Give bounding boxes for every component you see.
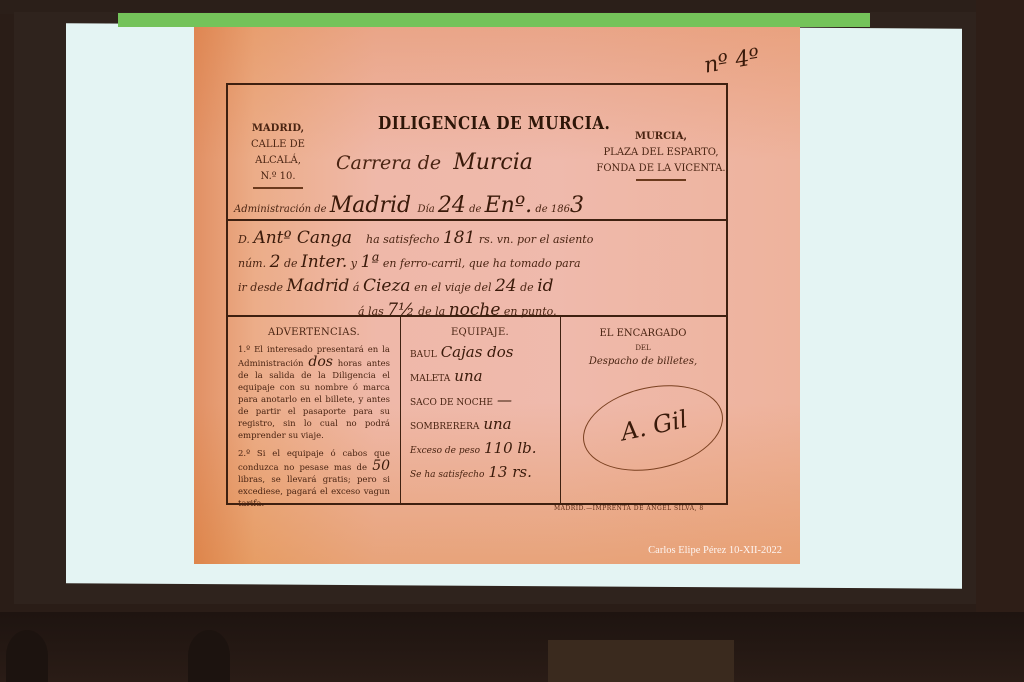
d-label: D. <box>238 233 250 246</box>
passenger-line-2: núm. 2 de Inter. y 1ª en ferro-carril, q… <box>238 251 718 275</box>
madrid-city: MADRID, <box>228 121 328 137</box>
equipaje-row: SACO DE NOCHE— <box>410 390 560 410</box>
encargado-column: EL ENCARGADO DEL Despacho de billetes, A… <box>560 317 726 503</box>
equipaje-value: — <box>497 391 512 409</box>
equipaje-row: SOMBRERERAuna <box>410 414 560 434</box>
document-number: nº 4º <box>702 44 761 78</box>
amount-suffix: rs. vn. por el asiento <box>479 233 594 246</box>
equipaje-value: 13 rs. <box>488 463 532 481</box>
advertencias-heading: ADVERTENCIAS. <box>228 327 400 338</box>
murcia-inn: FONDA DE LA VICENTA. <box>596 161 726 177</box>
passenger-section: D. Antº Canga ha satisfecho 181 rs. vn. … <box>238 227 718 323</box>
y-label: y <box>351 257 357 270</box>
encargado-line-3: Despacho de billetes, <box>560 355 726 369</box>
slide-credit: Carlos Elipe Pérez 10-XII-2022 <box>648 545 782 556</box>
passenger-line-3: ir desde Madrid á Cieza en el viaje del … <box>238 275 718 299</box>
trip-label: en el viaje del <box>414 281 491 294</box>
madrid-office-header: MADRID, CALLE DE ALCALÁ, N.º 10. <box>228 121 328 189</box>
route-line: Carrera de Murcia <box>336 150 533 175</box>
equipaje-row: Se ha satisfecho13 rs. <box>410 462 560 482</box>
equipaje-heading: EQUIPAJE. <box>400 327 560 338</box>
route-label: Carrera de <box>336 152 441 174</box>
equipaje-label: BAUL <box>410 350 437 360</box>
admin-place: Madrid <box>330 193 411 218</box>
advertencia-2: 2.º Si el equipaje ó cabos que conduzca … <box>238 448 390 510</box>
slide-accent-bar <box>118 13 870 27</box>
equipaje-row: BAULCajas dos <box>410 342 560 362</box>
murcia-office-header: MURCIA, PLAZA DEL ESPARTO, FONDA DE LA V… <box>596 129 726 181</box>
baluster-shape <box>6 630 48 682</box>
route-value: Murcia <box>453 150 533 175</box>
signature-flourish: A. Gil <box>575 373 731 483</box>
signature: A. Gil <box>618 405 689 446</box>
equipaje-label: SOMBRERERA <box>410 422 479 432</box>
equipaje-label: Exceso de peso <box>410 446 480 456</box>
equipaje-label: Se ha satisfecho <box>410 470 484 480</box>
amount-paid: 181 <box>443 228 475 248</box>
room-wall-right <box>976 0 1024 682</box>
equipaje-label: MALETA <box>410 374 450 384</box>
document-title: DILIGENCIA DE MURCIA. <box>378 113 610 134</box>
ticket-document: nº 4º MADRID, CALLE DE ALCALÁ, N.º 10. D… <box>194 27 800 564</box>
seat-class: Inter. <box>301 252 347 272</box>
destination: Cieza <box>363 276 411 296</box>
year-prefix: de 186 <box>535 204 570 215</box>
paid-label: ha satisfecho <box>366 233 439 246</box>
ticket-frame: MADRID, CALLE DE ALCALÁ, N.º 10. DILIGEN… <box>226 83 728 505</box>
murcia-square: PLAZA DEL ESPARTO, <box>596 145 726 161</box>
printer-imprint: MADRID.—IMPRENTA DE ANGEL SILVA, 8 <box>554 505 704 512</box>
advertencia-2-hand: 50 <box>372 458 390 474</box>
passenger-line-1: D. Antº Canga ha satisfecho 181 rs. vn. … <box>238 227 718 251</box>
equipaje-label: SACO DE NOCHE <box>410 398 493 408</box>
equipaje-value: una <box>483 415 511 433</box>
de-label: de <box>469 204 481 215</box>
trip-month: id <box>537 276 553 296</box>
admin-day: 24 <box>438 193 466 218</box>
train-text: en ferro-carril, que ha tomado para <box>383 257 581 270</box>
madrid-street: CALLE DE ALCALÁ, <box>228 137 328 169</box>
room-floor <box>0 612 1024 682</box>
encargado-line-1: EL ENCARGADO <box>560 327 726 341</box>
day-label: Día <box>418 204 435 215</box>
train-class: 1ª <box>360 252 379 272</box>
ticket-columns: ADVERTENCIAS. 1.º El interesado presenta… <box>228 317 726 503</box>
murcia-city: MURCIA, <box>596 129 726 145</box>
advertencia-2-b: libras, se llevará gratis; pero si exced… <box>238 475 390 509</box>
year-suffix: 3 <box>570 193 584 218</box>
from-label: ir desde <box>238 281 283 294</box>
equipaje-value: una <box>454 367 482 385</box>
administration-line: Administración de Madrid Día 24 de Enº. … <box>234 193 724 218</box>
to-label: á <box>353 281 360 294</box>
admin-month: Enº. <box>485 193 533 218</box>
equipaje-row: Exceso de peso110 lb. <box>410 438 560 458</box>
passenger-name: Antº Canga <box>253 228 352 248</box>
trip-de: de <box>520 281 534 294</box>
encargado-line-2: DEL <box>560 341 726 355</box>
admin-label: Administración de <box>234 204 327 215</box>
advertencia-1-hand: dos <box>308 354 333 370</box>
flourish-icon <box>636 179 686 181</box>
flourish-icon <box>253 187 303 189</box>
origin: Madrid <box>287 276 350 296</box>
num-label: núm. <box>238 257 266 270</box>
encargado-heading: EL ENCARGADO DEL Despacho de billetes, <box>560 327 726 369</box>
carved-panel <box>548 640 734 682</box>
advertencia-1: 1.º El interesado presentará en la Admin… <box>238 344 390 442</box>
de-label: de <box>284 257 298 270</box>
trip-day: 24 <box>495 276 517 296</box>
baluster-shape <box>188 630 230 682</box>
equipaje-value: Cajas dos <box>441 343 514 361</box>
advertencias-column: ADVERTENCIAS. 1.º El interesado presenta… <box>228 317 401 503</box>
seat-number: 2 <box>270 252 281 272</box>
equipaje-column: EQUIPAJE. BAULCajas dos MALETAuna SACO D… <box>400 317 561 503</box>
advertencia-1-b: horas antes de la salida de la Diligenci… <box>238 359 390 441</box>
divider <box>228 219 726 221</box>
advertencia-2-a: 2.º Si el equipaje ó cabos que conduzca … <box>238 449 390 473</box>
equipaje-row: MALETAuna <box>410 366 560 386</box>
madrid-number: N.º 10. <box>228 169 328 185</box>
equipaje-value: 110 lb. <box>484 439 537 457</box>
